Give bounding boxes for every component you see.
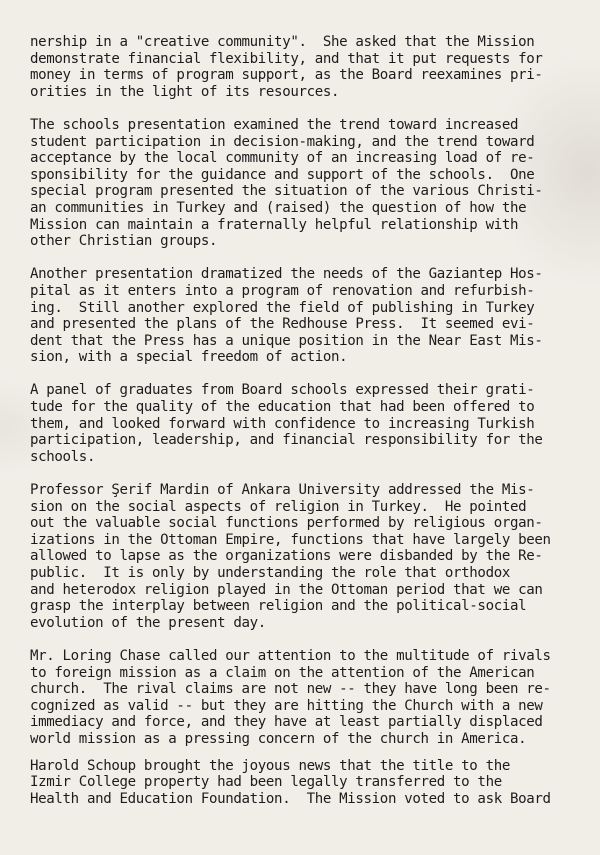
text-line: acceptance by the local community of an … xyxy=(30,150,570,167)
text-line: church. The rival claims are not new -- … xyxy=(30,681,570,698)
text-line: Mission can maintain a fraternally helpf… xyxy=(30,217,570,234)
text-line: sion, with a special freedom of action. xyxy=(30,349,570,366)
text-line: A panel of graduates from Board schools … xyxy=(30,382,570,399)
text-line: cognized as valid -- but they are hittin… xyxy=(30,698,570,715)
text-line: Mr. Loring Chase called our attention to… xyxy=(30,648,570,665)
text-line: orities in the light of its resources. xyxy=(30,84,570,101)
text-line: Health and Education Foundation. The Mis… xyxy=(30,791,570,808)
text-line: participation, leadership, and financial… xyxy=(30,432,570,449)
text-line: allowed to lapse as the organizations we… xyxy=(30,548,570,565)
text-line: and presented the plans of the Redhouse … xyxy=(30,316,570,333)
text-line: public. It is only by understanding the … xyxy=(30,565,570,582)
text-line: special program presented the situation … xyxy=(30,183,570,200)
text-line: Izmir College property had been legally … xyxy=(30,774,570,791)
text-line: Another presentation dramatized the need… xyxy=(30,266,570,283)
text-line: nership in a "creative community". She a… xyxy=(30,34,570,51)
paragraph-continuation: nership in a "creative community". She a… xyxy=(30,34,570,100)
text-line: grasp the interplay between religion and… xyxy=(30,598,570,615)
text-line: them, and looked forward with confidence… xyxy=(30,416,570,433)
text-line: an communities in Turkey and (raised) th… xyxy=(30,200,570,217)
text-line: izations in the Ottoman Empire, function… xyxy=(30,532,570,549)
text-line: tude for the quality of the education th… xyxy=(30,399,570,416)
text-line: other Christian groups. xyxy=(30,233,570,250)
text-line: evolution of the present day. xyxy=(30,615,570,632)
text-line: The schools presentation examined the tr… xyxy=(30,117,570,134)
text-line: pital as it enters into a program of ren… xyxy=(30,283,570,300)
paragraph-professor-mardin: Professor Şerif Mardin of Ankara Univers… xyxy=(30,482,570,631)
text-line: out the valuable social functions perfor… xyxy=(30,515,570,532)
text-line: sponsibility for the guidance and suppor… xyxy=(30,167,570,184)
paragraph-gaziantep-hospital: Another presentation dramatized the need… xyxy=(30,266,570,366)
paragraph-schools-presentation: The schools presentation examined the tr… xyxy=(30,117,570,250)
text-line: money in terms of program support, as th… xyxy=(30,67,570,84)
text-line: immediacy and force, and they have at le… xyxy=(30,714,570,731)
text-line: dent that the Press has a unique positio… xyxy=(30,333,570,350)
text-line: to foreign mission as a claim on the att… xyxy=(30,665,570,682)
paragraph-graduates-panel: A panel of graduates from Board schools … xyxy=(30,382,570,465)
text-line: world mission as a pressing concern of t… xyxy=(30,731,570,748)
paragraph-harold-schoup: Harold Schoup brought the joyous news th… xyxy=(30,758,570,808)
text-line: Harold Schoup brought the joyous news th… xyxy=(30,758,570,775)
text-line: demonstrate financial flexibility, and t… xyxy=(30,51,570,68)
paragraph-loring-chase: Mr. Loring Chase called our attention to… xyxy=(30,648,570,748)
text-line: and heterodox religion played in the Ott… xyxy=(30,582,570,599)
text-line: student participation in decision-making… xyxy=(30,134,570,151)
document-body: nership in a "creative community". She a… xyxy=(30,34,570,824)
text-line: Professor Şerif Mardin of Ankara Univers… xyxy=(30,482,570,499)
document-page: nership in a "creative community". She a… xyxy=(0,0,600,855)
text-line: ing. Still another explored the field of… xyxy=(30,300,570,317)
text-line: sion on the social aspects of religion i… xyxy=(30,499,570,516)
text-line: schools. xyxy=(30,449,570,466)
